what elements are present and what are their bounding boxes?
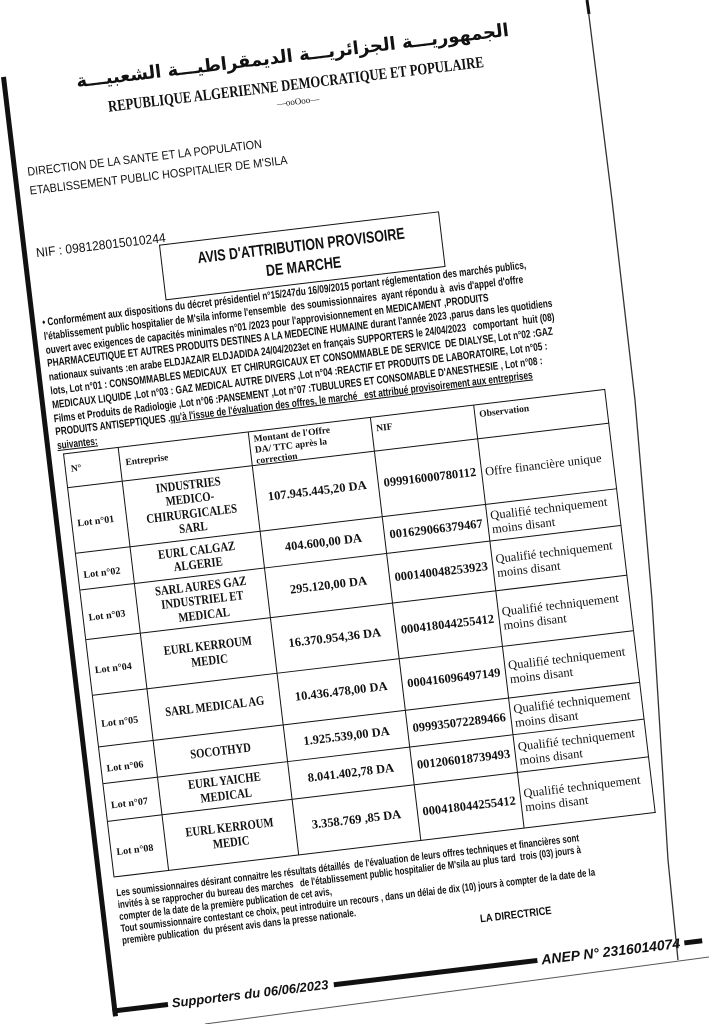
observation-text: Qualifié techniquementmoins disant <box>501 590 621 632</box>
signature: LA DIRECTRICE <box>479 904 552 926</box>
observation-text: Qualifié techniquementmoins disant <box>523 772 643 814</box>
observation-line: Offre financière unique <box>484 450 602 478</box>
bottom-rule-left <box>112 1002 168 1014</box>
newspaper-notice: الجمهوريـــة الجزائريـــة الديمقراطيـــة… <box>3 6 709 1024</box>
header-nif-text: NIF <box>375 418 393 435</box>
cell-lot-number: Lot n°07 <box>103 778 162 822</box>
bottom-rule-right <box>684 938 702 945</box>
company-name: EURL YAICHEMEDICAL <box>187 770 263 807</box>
company-name: INDUSTRIESMEDICO-CHIRURGICALESSARL <box>142 472 239 540</box>
issuer-nif: NIF : 098128015010244 <box>35 230 166 260</box>
cell-lot-number: Lot n°04 <box>86 634 147 696</box>
cell-nif: 099916000780112 <box>375 439 486 517</box>
observation-text: Qualifié techniquementmoins disant <box>495 538 615 580</box>
cell-lot-number: Lot n°05 <box>93 689 154 747</box>
newspaper-date: Supporters du 06/06/2023 <box>171 977 329 1012</box>
cell-nif: 000418044255412 <box>415 773 525 841</box>
cell-lot-number: Lot n°01 <box>68 482 130 554</box>
award-table: N° Entreprise Montant de l'Offre DA/ TTC… <box>63 389 656 878</box>
company-name: SARL MEDICAL AG <box>165 694 266 720</box>
company-name-line: SOCOTHYD <box>189 740 251 762</box>
company-name: SOCOTHYD <box>189 740 251 762</box>
company-name: EURL CALGAZALGERIE <box>157 538 237 576</box>
header-observation-text: Observation <box>479 402 530 421</box>
company-name: EURL KERROUMMEDIC <box>163 634 254 673</box>
observation-text: Qualifié techniquementmoins disant <box>507 644 627 686</box>
company-name-line: SARL MEDICAL AG <box>165 694 266 720</box>
company-name: EURL KERROUMMEDIC <box>185 815 276 854</box>
bottom-rule-middle <box>334 958 538 987</box>
observation-text: Offre financière unique <box>484 450 602 478</box>
company-name: SARL AURES GAZINDUSTRIEL ETMEDICAL <box>154 574 250 628</box>
anep-number: ANEP N° 2316014074 <box>540 934 681 968</box>
cell-lot-number: Lot n°03 <box>80 584 141 640</box>
cell-lot-number: Lot n°08 <box>108 815 169 877</box>
